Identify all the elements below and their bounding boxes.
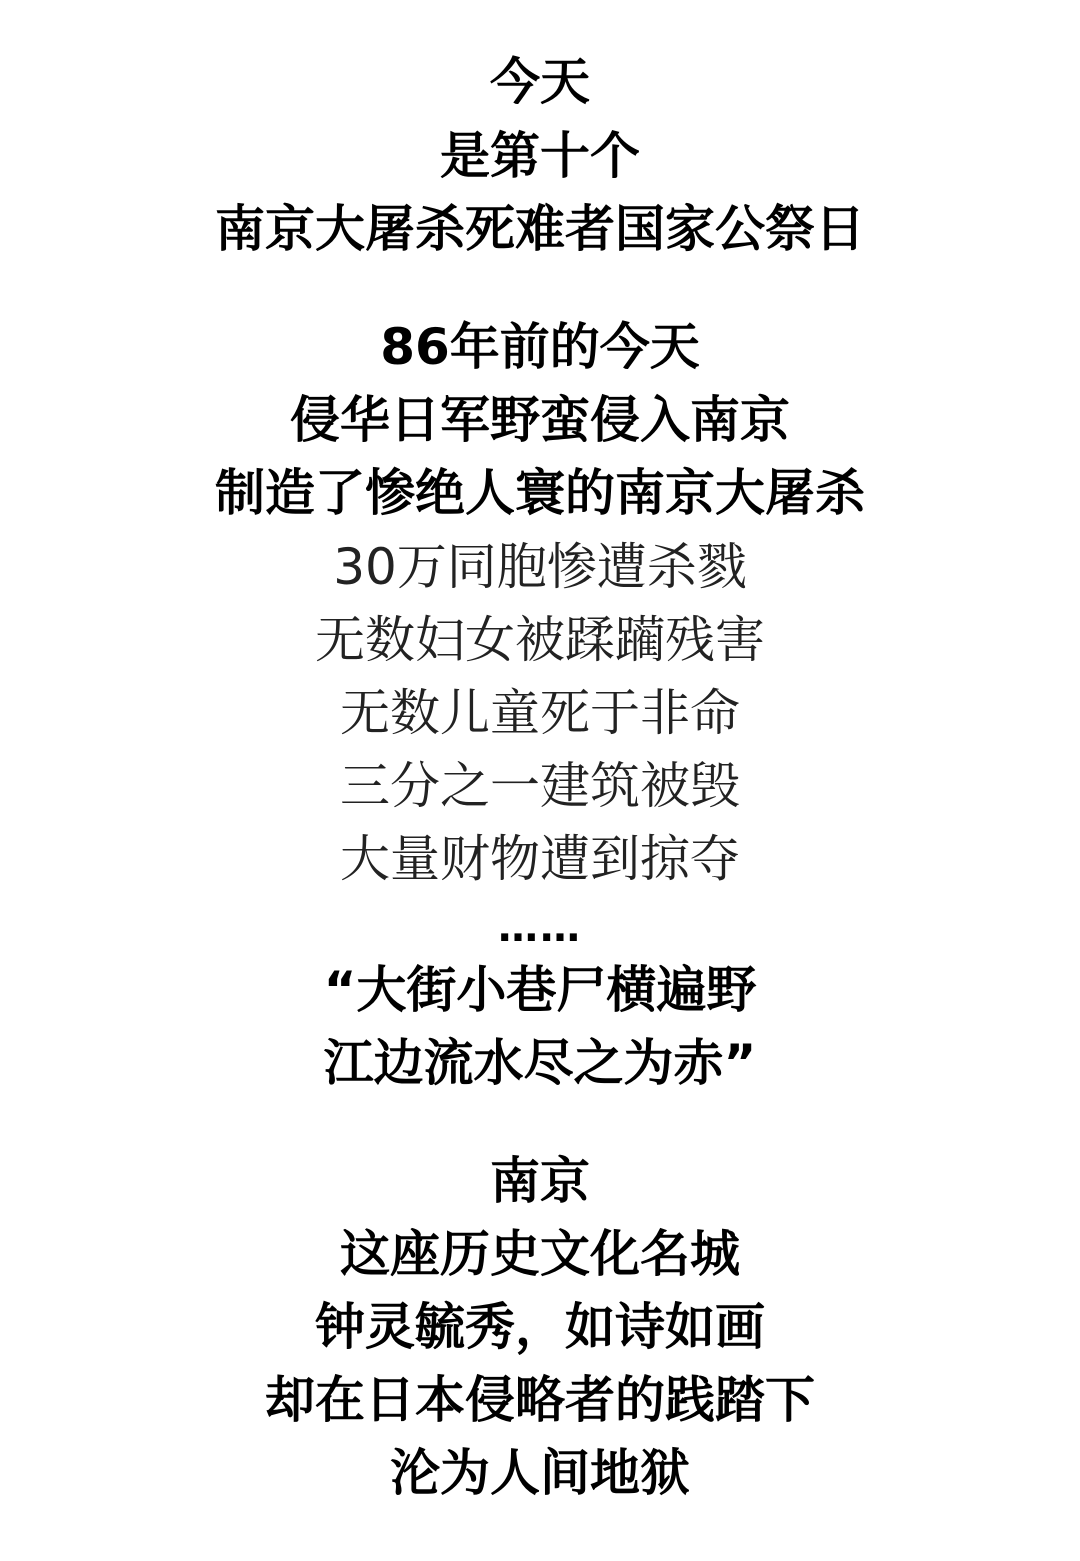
text-line-beautiful: 钟灵毓秀，如诗如画 [0,1297,1080,1357]
text-line-children: 无数儿童死于非命 [0,683,1080,743]
text-line-tenth: 是第十个 [0,126,1080,186]
text-line-hell: 沦为人间地狱 [0,1443,1080,1503]
text-line-today: 今天 [0,52,1080,112]
quote-line-1: “大街小巷尸横遍野 [0,960,1080,1020]
text-line-buildings: 三分之一建筑被毁 [0,756,1080,816]
text-line-looting: 大量财物遭到掠夺 [0,829,1080,889]
ellipsis: …… [0,898,1080,958]
text-line-86-years-ago: 86年前的今天 [0,317,1080,377]
article-body: 今天 是第十个 南京大屠杀死难者国家公祭日 86年前的今天 侵华日军野蛮侵入南京… [0,0,1080,1561]
quote-line-2: 江边流水尽之为赤” [0,1033,1080,1093]
text-line-invasion: 侵华日军野蛮侵入南京 [0,390,1080,450]
text-line-women: 无数妇女被蹂躏残害 [0,610,1080,670]
text-line-nanjing: 南京 [0,1151,1080,1211]
text-line-victims: 30万同胞惨遭杀戮 [0,537,1080,597]
text-line-historic-city: 这座历史文化名城 [0,1224,1080,1284]
text-line-massacre: 制造了惨绝人寰的南京大屠杀 [0,463,1080,523]
text-line-trampled: 却在日本侵略者的践踏下 [0,1370,1080,1430]
text-line-memorial-day: 南京大屠杀死难者国家公祭日 [0,199,1080,259]
